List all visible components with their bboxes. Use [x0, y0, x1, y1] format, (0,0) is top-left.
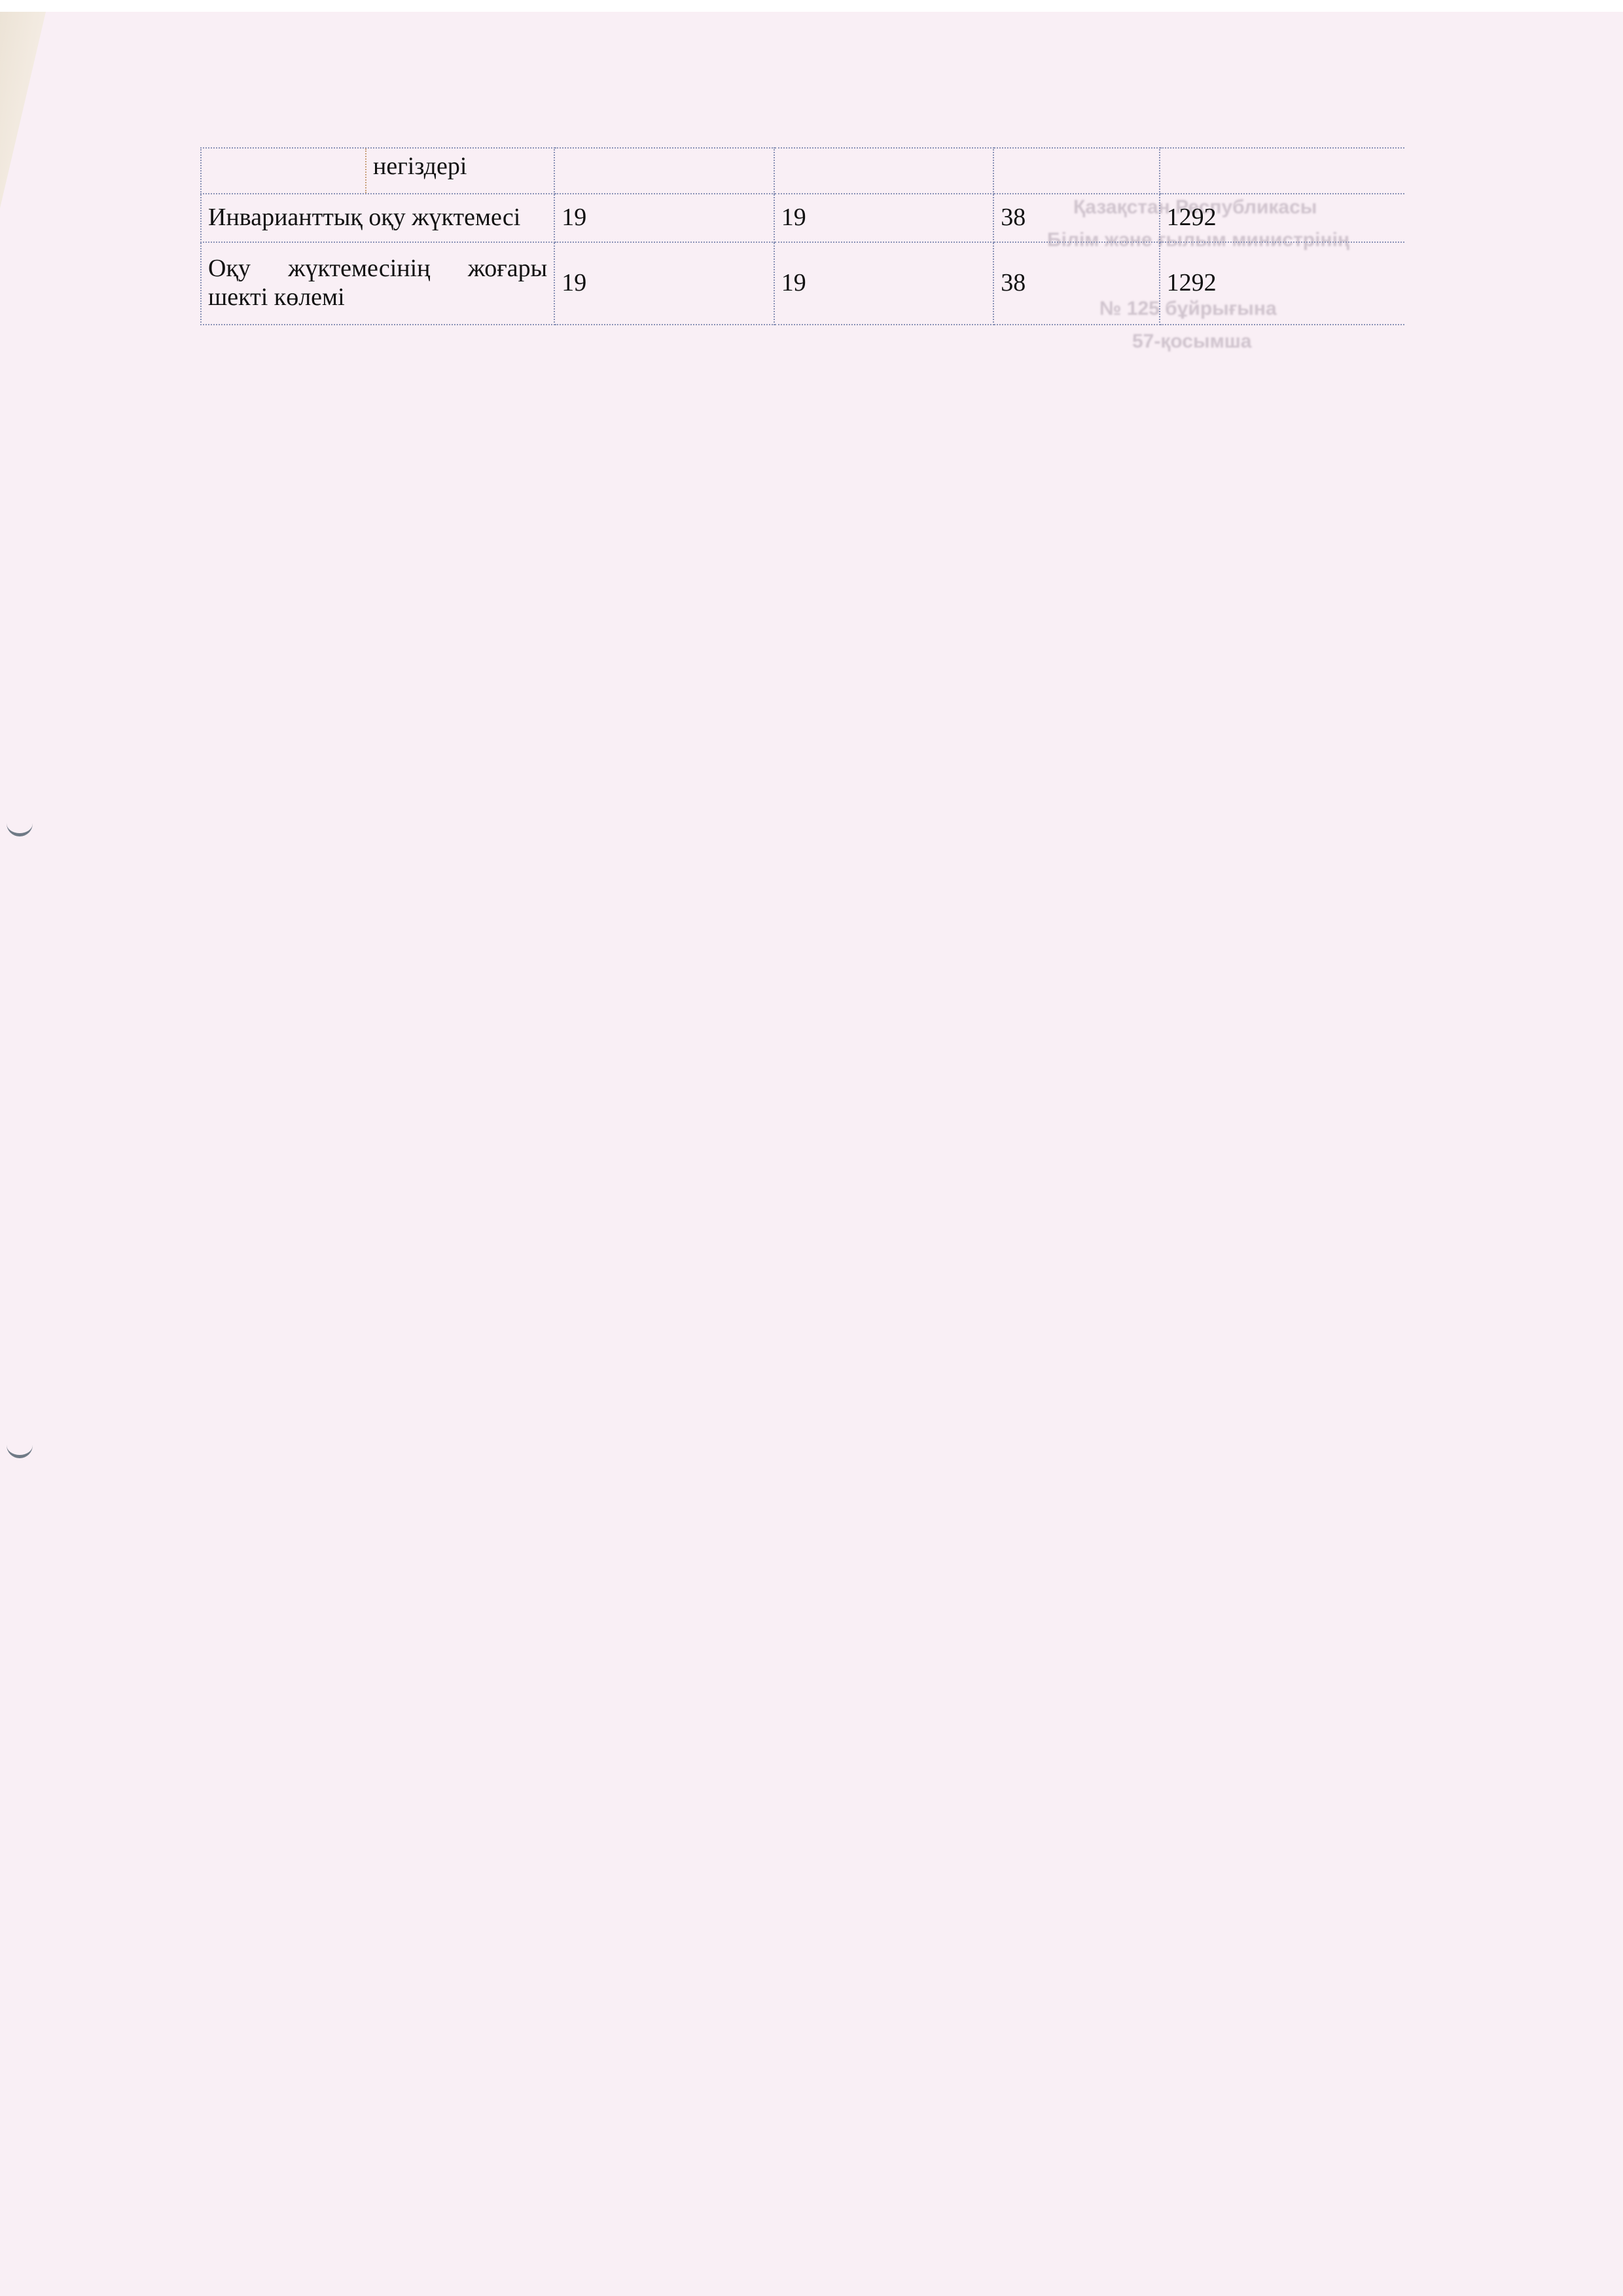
value-cell: 1292 — [1160, 194, 1404, 242]
row-label-line: шекті көлемі — [208, 283, 547, 312]
punch-hole — [7, 815, 33, 836]
value-cell: 38 — [993, 194, 1159, 242]
table-row: Инварианттық оқу жүктемесі 19 19 38 1292 — [201, 194, 1404, 242]
table-row: Оқу жүктемесінің жоғары шекті көлемі 19 … — [201, 242, 1404, 325]
label-cell: негіздері — [201, 148, 554, 194]
bleed-through-text: 57-қосымша — [1132, 331, 1252, 353]
curriculum-load-table: негіздері Инварианттық оқу жүктемесі 19 … — [200, 147, 1404, 325]
label-continuation: негіздері — [366, 149, 473, 193]
value-cell: 19 — [554, 242, 774, 325]
value-cell — [774, 148, 994, 194]
value-cell — [554, 148, 774, 194]
value-cell: 19 — [774, 194, 994, 242]
scan-edge — [0, 0, 1623, 12]
value-cell: 38 — [993, 242, 1159, 325]
value-cell: 19 — [774, 242, 994, 325]
row-label: Инварианттық оқу жүктемесі — [201, 194, 554, 242]
value-cell: 1292 — [1160, 242, 1404, 325]
paper-fold — [0, 12, 46, 208]
value-cell: 19 — [554, 194, 774, 242]
value-cell — [1160, 148, 1404, 194]
row-label: Оқу жүктемесінің жоғары шекті көлемі — [201, 242, 554, 325]
row-label-line: Оқу жүктемесінің жоғары — [208, 255, 547, 283]
table-row: негіздері — [201, 148, 1404, 194]
value-cell — [993, 148, 1159, 194]
punch-hole — [7, 1437, 33, 1458]
